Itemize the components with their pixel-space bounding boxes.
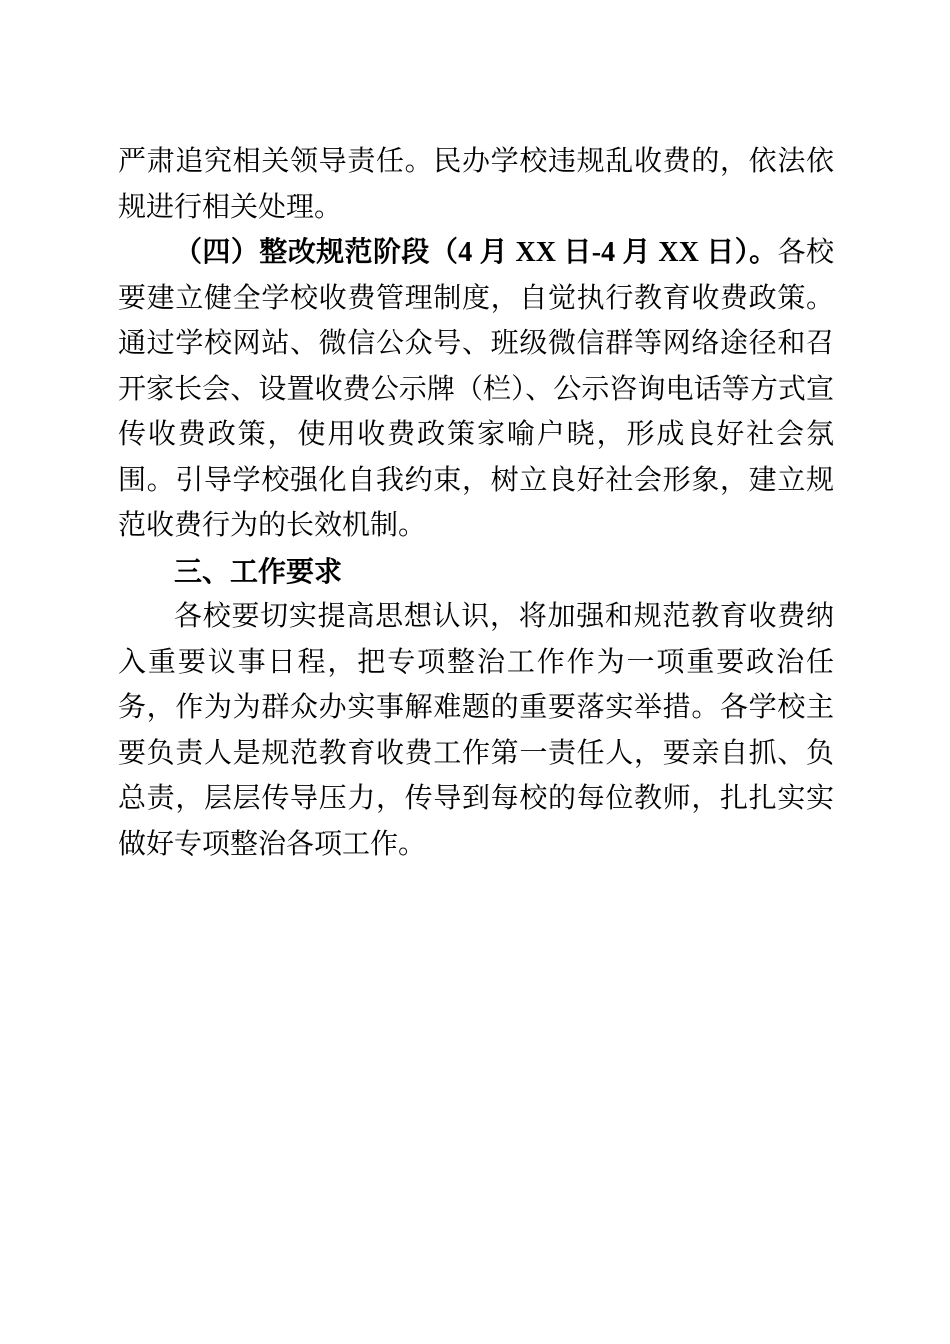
paragraph-section-four: （四）整改规范阶段（4 月 XX 日-4 月 XX 日）。各校要建立健全学校收费… xyxy=(118,230,834,549)
document-page: 严肃追究相关领导责任。民办学校违规乱收费的，依法依规进行相关处理。 （四）整改规… xyxy=(0,0,950,1344)
paragraph-text: 各校要建立健全学校收费管理制度，自觉执行教育收费政策。通过学校网站、微信公众号、… xyxy=(118,237,834,541)
inline-section-heading: （四）整改规范阶段（4 月 XX 日-4 月 XX 日）。 xyxy=(174,237,778,268)
paragraph-text: 严肃追究相关领导责任。民办学校违规乱收费的，依法依规进行相关处理。 xyxy=(118,146,834,223)
paragraph-work-requirements: 各校要切实提高思想认识，将加强和规范教育收费纳入重要议事日程，把专项整治工作作为… xyxy=(118,594,834,867)
paragraph-continuation: 严肃追究相关领导责任。民办学校违规乱收费的，依法依规进行相关处理。 xyxy=(118,139,834,230)
paragraph-text: 各校要切实提高思想认识，将加强和规范教育收费纳入重要议事日程，把专项整治工作作为… xyxy=(118,601,834,860)
section-heading-three: 三、工作要求 xyxy=(118,549,834,595)
document-body: 严肃追究相关领导责任。民办学校违规乱收费的，依法依规进行相关处理。 （四）整改规… xyxy=(118,139,834,867)
